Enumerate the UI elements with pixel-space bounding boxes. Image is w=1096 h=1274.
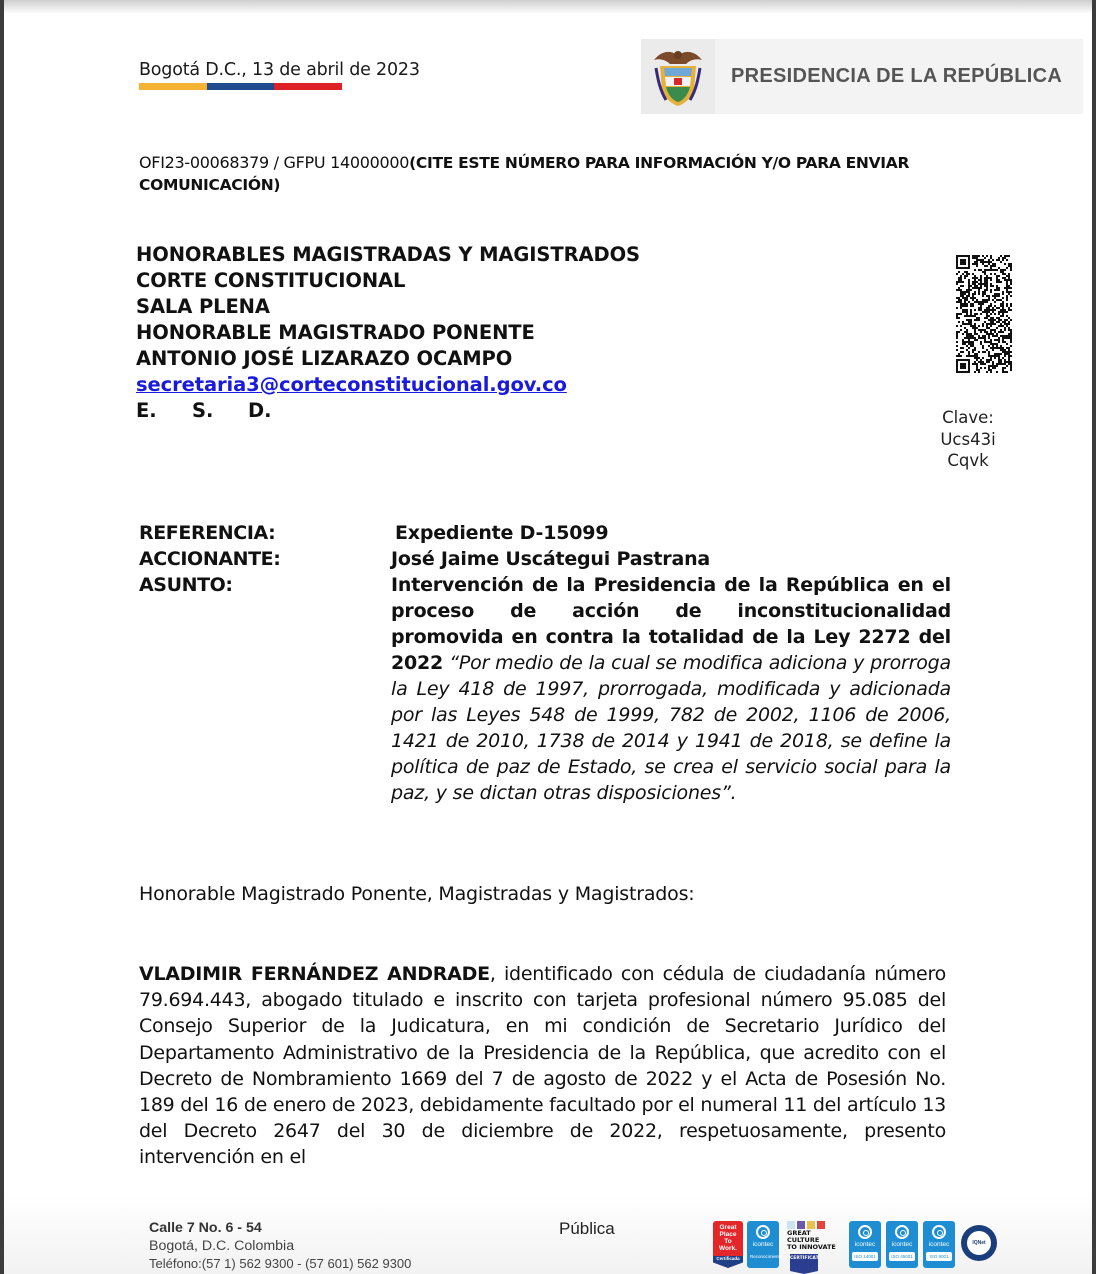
addressee-line: CORTE CONSTITUCIONAL <box>136 268 640 294</box>
gc-certificate: CERTIFICATE <box>790 1254 818 1274</box>
verification-key: Clave: Ucs43i Cqvk <box>924 407 1012 472</box>
icontec-icon <box>895 1225 909 1239</box>
accionante-row: ACCIONANTE: José Jaime Uscátegui Pastran… <box>139 546 951 572</box>
addressee-line: SALA PLENA <box>136 294 640 320</box>
office-number: OFI23-00068379 / GFPU 14000000 <box>139 153 409 172</box>
gc-line1: GREAT CULTURE <box>787 1230 839 1244</box>
icontec-label: icontec <box>753 1241 774 1249</box>
accionante-label: ACCIONANTE: <box>139 546 391 572</box>
asunto-label: ASUNTO: <box>139 572 391 806</box>
iso-label: icontec <box>892 1241 913 1249</box>
iso-badges: icontec ISO 14001 icontec ISO 45001 icon… <box>849 1221 955 1268</box>
esd-line: E. S. D. <box>136 398 640 424</box>
asunto-value: Intervención de la Presidencia de la Rep… <box>391 572 951 806</box>
presidencia-logo-banner: PRESIDENCIA DE LA REPÚBLICA <box>641 39 1083 114</box>
iso-sub: ISO 14001 <box>852 1252 878 1261</box>
great-culture-to-innovate-badge: GREAT CULTURE TO INNOVATE CERTIFICATE <box>787 1221 839 1268</box>
addressee-block: HONORABLES MAGISTRADAS Y MAGISTRADOS COR… <box>136 242 640 424</box>
reference-block: REFERENCIA: Expediente D-15099 ACCIONANT… <box>139 520 951 806</box>
iso-label: icontec <box>929 1241 950 1249</box>
iso-14001-badge: icontec ISO 14001 <box>849 1221 881 1268</box>
footer-city: Bogotá, D.C. Colombia <box>149 1237 411 1255</box>
asunto-row: ASUNTO: Intervención de la Presidencia d… <box>139 572 951 806</box>
footer-street: Calle 7 No. 6 - 54 <box>149 1220 262 1236</box>
referencia-value: Expediente D-15099 <box>391 520 951 546</box>
addressee-line: ANTONIO JOSÉ LIZARAZO OCAMPO <box>136 346 640 372</box>
icontec-sub: Reconocimiento <box>750 1252 776 1261</box>
email-link[interactable]: secretaria3@corteconstitucional.gov.co <box>136 373 567 396</box>
body-paragraph: VLADIMIR FERNÁNDEZ ANDRADE, identificado… <box>139 961 946 1171</box>
clave-code-1: Ucs43i <box>924 429 1012 451</box>
icontec-icon <box>932 1225 946 1239</box>
iso-sub: ISO 9001 <box>926 1252 952 1261</box>
flag-yellow <box>139 83 207 90</box>
iqnet-seal-icon: IQNet <box>961 1225 997 1261</box>
gc-line2: TO INNOVATE <box>787 1244 839 1251</box>
iso-sub: ISO 45001 <box>889 1252 915 1261</box>
addressee-line: HONORABLE MAGISTRADO PONENTE <box>136 320 640 346</box>
gptw-line: Work. <box>713 1245 743 1252</box>
iso-label: icontec <box>855 1241 876 1249</box>
flag-red <box>274 83 342 90</box>
brand-name: PRESIDENCIA DE LA REPÚBLICA <box>731 65 1062 88</box>
footer-phone: Teléfono:(57 1) 562 9300 - (57 601) 562 … <box>149 1255 411 1273</box>
icontec-badge: icontec Reconocimiento <box>747 1221 779 1268</box>
gptw-line: Place <box>713 1231 743 1238</box>
flag-blue <box>207 83 275 90</box>
gptw-line: To <box>713 1238 743 1245</box>
asunto-italic: “Por medio de la cual se modifica adicio… <box>391 652 951 804</box>
culture-bars-icon <box>787 1221 839 1229</box>
great-place-to-work-badge: Great Place To Work. Certificada <box>713 1221 743 1268</box>
iso-9001-badge: icontec ISO 9001 <box>923 1221 955 1268</box>
office-reference-number: OFI23-00068379 / GFPU 14000000(CITE ESTE… <box>139 152 989 196</box>
esd-s: S. <box>192 398 248 424</box>
referencia-row: REFERENCIA: Expediente D-15099 <box>139 520 951 546</box>
gptw-line: Great <box>713 1224 743 1231</box>
document-page: Bogotá D.C., 13 de abril de 2023 PRESIDE… <box>4 0 1092 1274</box>
clave-label: Clave: <box>924 407 1012 429</box>
greeting: Honorable Magistrado Ponente, Magistrada… <box>139 883 694 905</box>
colombia-flag-stripe <box>139 83 342 90</box>
clave-code-2: Cqvk <box>924 450 1012 472</box>
esd-d: D. <box>248 398 304 424</box>
signatory-name: VLADIMIR FERNÁNDEZ ANDRADE <box>139 963 490 985</box>
document-date: Bogotá D.C., 13 de abril de 2023 <box>139 60 420 80</box>
esd-e: E. <box>136 398 192 424</box>
iso-45001-badge: icontec ISO 45001 <box>886 1221 918 1268</box>
icontec-icon <box>858 1225 872 1239</box>
footer-address: Calle 7 No. 6 - 54 Bogotá, D.C. Colombia… <box>149 1219 411 1273</box>
referencia-label: REFERENCIA: <box>139 520 391 546</box>
qr-code-icon <box>956 255 1012 373</box>
icontec-icon <box>756 1225 770 1239</box>
addressee-line: HONORABLES MAGISTRADAS Y MAGISTRADOS <box>136 242 640 268</box>
iqnet-label: IQNet <box>967 1231 991 1255</box>
classification-label: Pública <box>559 1219 615 1239</box>
body-text: , identificado con cédula de ciudadanía … <box>139 963 946 1168</box>
colombia-coat-of-arms-icon <box>641 39 715 114</box>
accionante-value: José Jaime Uscátegui Pastrana <box>391 546 951 572</box>
certification-badges: Great Place To Work. Certificada icontec… <box>713 1221 997 1268</box>
